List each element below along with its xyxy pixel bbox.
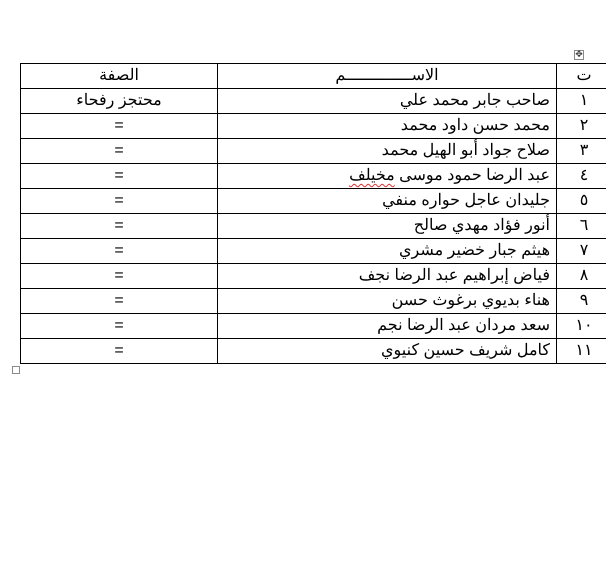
- header-role: الصفة: [21, 64, 218, 89]
- table-move-handle[interactable]: ✥: [574, 50, 584, 60]
- table-row: ٩ هناء بديوي برغوث حسن =: [21, 289, 606, 314]
- name-text: عبد الرضا حمود موسى: [395, 167, 550, 184]
- cell-role[interactable]: =: [21, 289, 218, 314]
- cell-name[interactable]: جليدان عاجل حواره منفي: [218, 189, 557, 214]
- cell-number[interactable]: ١٠: [557, 314, 606, 339]
- cell-name[interactable]: هيثم جبار خضير مشري: [218, 239, 557, 264]
- cell-number[interactable]: ٧: [557, 239, 606, 264]
- move-arrows-icon: ✥: [575, 50, 583, 60]
- table-row: ٣ صلاح جواد أبو الهيل محمد =: [21, 139, 606, 164]
- table-row: ١ صاحب جابر محمد علي محتجز رفحاء: [21, 89, 606, 114]
- cell-role[interactable]: =: [21, 114, 218, 139]
- table-row: ١١ كامل شريف حسين كنيوي =: [21, 339, 606, 364]
- cell-number[interactable]: ٦: [557, 214, 606, 239]
- table-row: ١٠ سعد مردان عبد الرضا نجم =: [21, 314, 606, 339]
- table-row: ٤ عبد الرضا حمود موسى مخيلف =: [21, 164, 606, 189]
- table-row: ٨ فياض إبراهيم عبد الرضا نجف =: [21, 264, 606, 289]
- table-row: ٧ هيثم جبار خضير مشري =: [21, 239, 606, 264]
- cell-number[interactable]: ٣: [557, 139, 606, 164]
- cell-number[interactable]: ١: [557, 89, 606, 114]
- names-table: ت الاســــــــــــــم الصفة ١ صاحب جابر …: [20, 63, 606, 364]
- cell-role[interactable]: =: [21, 214, 218, 239]
- cell-role[interactable]: محتجز رفحاء: [21, 89, 218, 114]
- cell-role[interactable]: =: [21, 164, 218, 189]
- cell-number[interactable]: ٨: [557, 264, 606, 289]
- cell-name[interactable]: كامل شريف حسين كنيوي: [218, 339, 557, 364]
- spelling-flagged-word[interactable]: مخيلف: [349, 167, 395, 184]
- document-page: ✥ ت الاســــــــــــــم الصفة ١ صاحب جاب…: [0, 0, 606, 588]
- cell-role[interactable]: =: [21, 314, 218, 339]
- cell-number[interactable]: ٩: [557, 289, 606, 314]
- cell-name[interactable]: عبد الرضا حمود موسى مخيلف: [218, 164, 557, 189]
- cell-number[interactable]: ٤: [557, 164, 606, 189]
- cell-name[interactable]: صاحب جابر محمد علي: [218, 89, 557, 114]
- cell-role[interactable]: =: [21, 339, 218, 364]
- cell-role[interactable]: =: [21, 239, 218, 264]
- cell-name[interactable]: فياض إبراهيم عبد الرضا نجف: [218, 264, 557, 289]
- header-number: ت: [557, 64, 606, 89]
- table-row: ٥ جليدان عاجل حواره منفي =: [21, 189, 606, 214]
- table-row: ٦ أنور فؤاد مهدي صالح =: [21, 214, 606, 239]
- cell-number[interactable]: ١١: [557, 339, 606, 364]
- cell-name[interactable]: سعد مردان عبد الرضا نجم: [218, 314, 557, 339]
- cell-role[interactable]: =: [21, 139, 218, 164]
- header-name: الاســــــــــــــم: [218, 64, 557, 89]
- table-header-row: ت الاســــــــــــــم الصفة: [21, 64, 606, 89]
- table-row: ٢ محمد حسن داود محمد =: [21, 114, 606, 139]
- cell-number[interactable]: ٢: [557, 114, 606, 139]
- cell-name[interactable]: هناء بديوي برغوث حسن: [218, 289, 557, 314]
- cell-name[interactable]: محمد حسن داود محمد: [218, 114, 557, 139]
- cell-name[interactable]: أنور فؤاد مهدي صالح: [218, 214, 557, 239]
- table-resize-handle[interactable]: [12, 366, 20, 374]
- cell-role[interactable]: =: [21, 264, 218, 289]
- cell-number[interactable]: ٥: [557, 189, 606, 214]
- cell-role[interactable]: =: [21, 189, 218, 214]
- cell-name[interactable]: صلاح جواد أبو الهيل محمد: [218, 139, 557, 164]
